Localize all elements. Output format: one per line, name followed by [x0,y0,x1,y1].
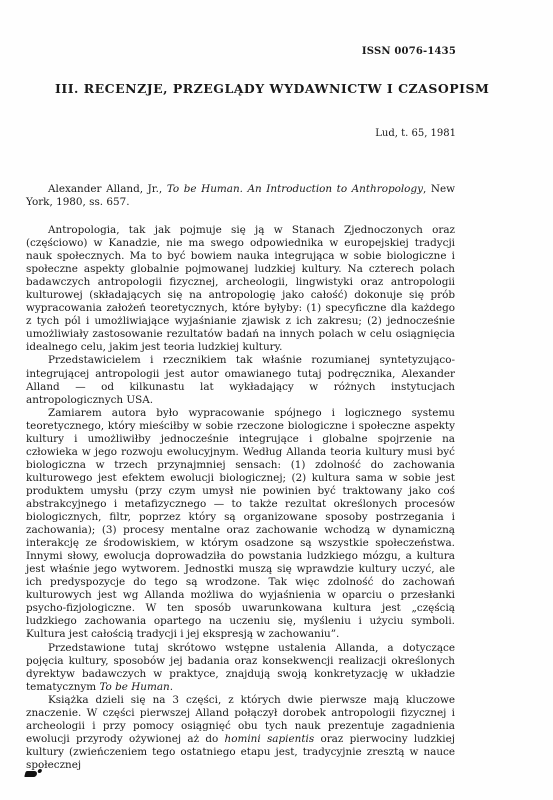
issn-label: ISSN 0076-1435 [362,46,456,57]
paragraph-5-latin-term: homini sapientis [225,733,315,745]
paragraph-4-book-title: To be Human [99,681,169,693]
paragraph-2: Przedstawicielem i rzecznikiem tak właśn… [26,354,455,406]
citation-author: Alexander Alland, Jr., [48,183,167,195]
paragraph-4-end: . [170,681,173,693]
paragraph-4-text: Przedstawione tutaj skrótowo wstępne ust… [26,642,455,693]
section-title: III. RECENZJE, PRZEGLĄDY WYDAWNICTW I CZ… [55,81,489,96]
paragraph-3: Zamiarem autora było wypracowanie spójne… [26,407,455,642]
citation-title: To be Human. An Introduction to Anthropo… [167,183,423,195]
review-body: Antropologia, tak jak pojmuje się ją w S… [26,224,455,772]
journal-source: Lud, t. 65, 1981 [375,128,456,139]
paragraph-1: Antropologia, tak jak pojmuje się ją w S… [26,224,455,354]
book-citation: Alexander Alland, Jr., To be Human. An I… [26,183,455,209]
page-number-mark [24,771,38,777]
paragraph-5: Książka dzieli się na 3 części, z któryc… [26,694,455,772]
paragraph-4: Przedstawione tutaj skrótowo wstępne ust… [26,642,455,694]
citation-line: Alexander Alland, Jr., To be Human. An I… [26,183,455,209]
document-page: ISSN 0076-1435 III. RECENZJE, PRZEGLĄDY … [0,0,553,800]
